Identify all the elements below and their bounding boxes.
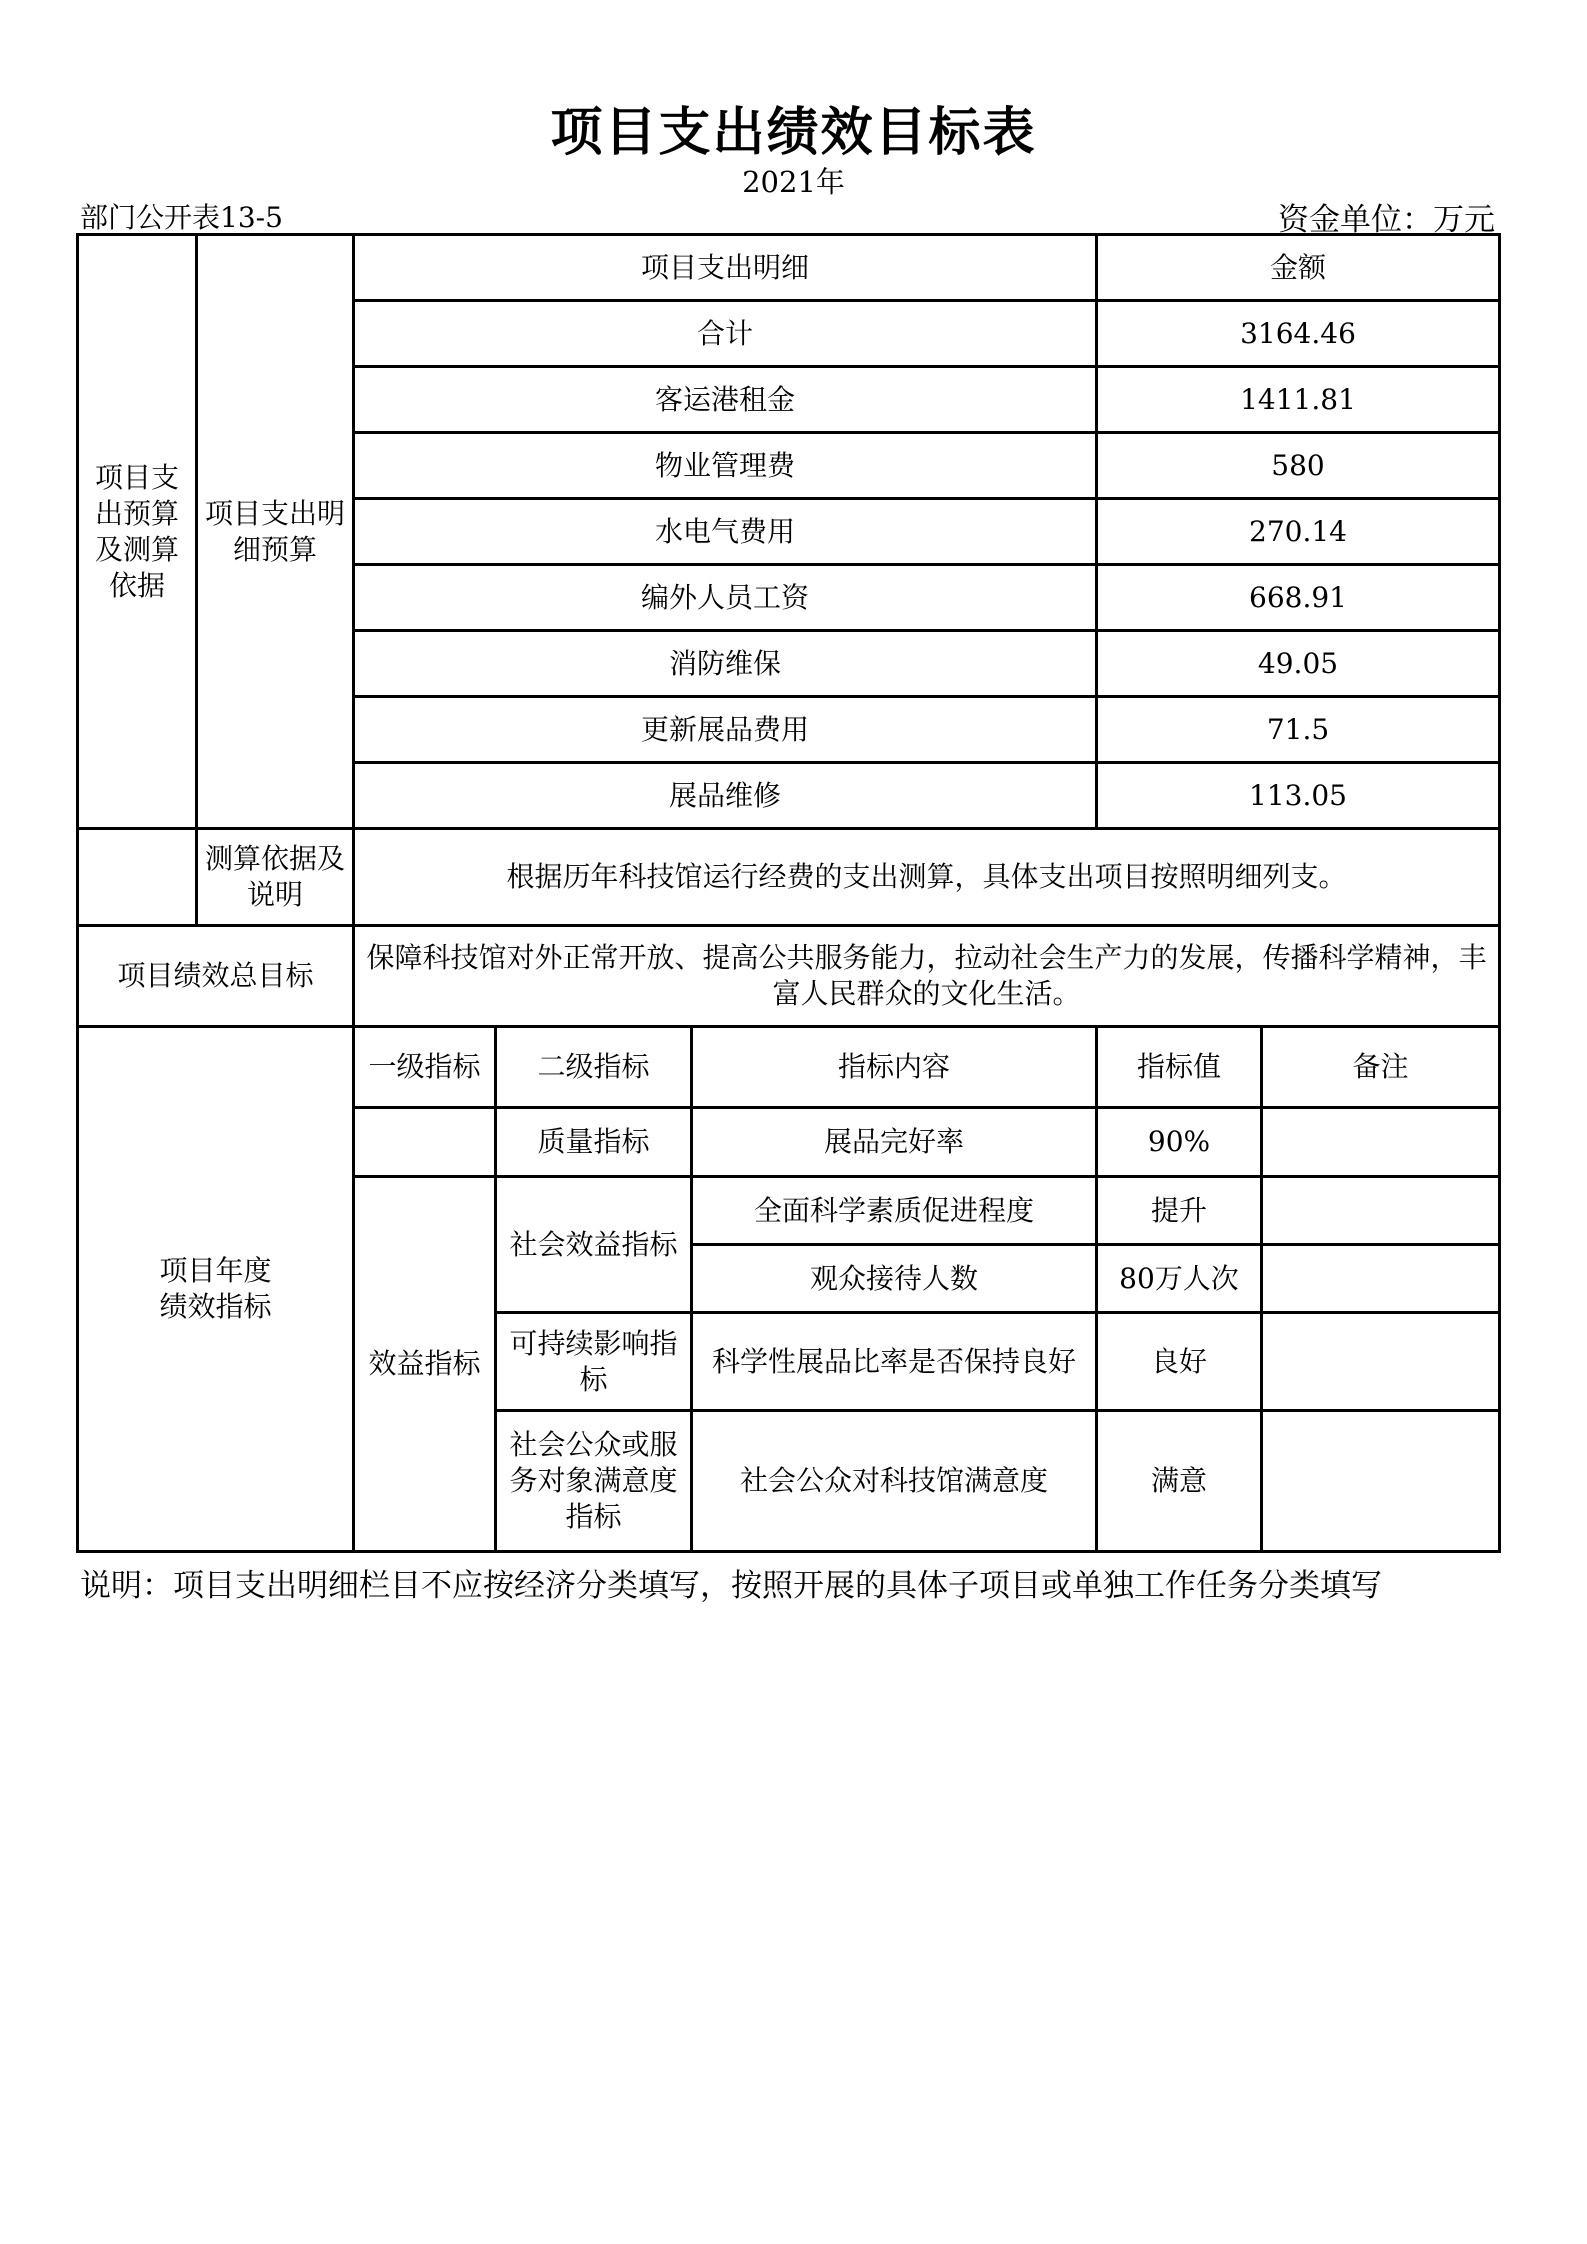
footnote: 说明：项目支出明细栏目不应按经济分类填写，按照开展的具体子项目或单独工作任务分类… [80,1560,1382,1605]
overall-goal-label: 项目绩效总目标 [78,926,354,1027]
quality-content: 展品完好率 [692,1108,1097,1177]
header-level2: 二级指标 [496,1027,692,1108]
item-name: 更新展品费用 [354,697,1097,763]
social-value: 提升 [1097,1177,1262,1245]
item-amount: 71.5 [1097,697,1500,763]
quality-level2: 质量指标 [496,1108,692,1177]
sustain-content: 科学性展品比率是否保持良好 [692,1313,1097,1411]
quality-level1 [354,1108,496,1177]
item-name: 展品维修 [354,763,1097,829]
header-level1: 一级指标 [354,1027,496,1108]
item-amount: 668.91 [1097,565,1500,631]
page-title: 项目支出绩效目标表 [0,90,1587,165]
total-label: 合计 [354,301,1097,367]
item-name: 编外人员工资 [354,565,1097,631]
item-name: 水电气费用 [354,499,1097,565]
total-amount: 3164.46 [1097,301,1500,367]
item-name: 消防维保 [354,631,1097,697]
form-number: 部门公开表13-5 [80,196,283,236]
sustain-remark [1262,1313,1500,1411]
sustain-value: 良好 [1097,1313,1262,1411]
social-level2: 社会效益指标 [496,1177,692,1313]
benefit-level1: 效益指标 [354,1177,496,1552]
item-amount: 1411.81 [1097,367,1500,433]
basis-label: 测算依据及 说明 [197,829,354,926]
item-amount: 49.05 [1097,631,1500,697]
social-content: 观众接待人数 [692,1245,1097,1313]
detail-budget-label: 项目支出明 细预算 [197,235,354,829]
header-remark: 备注 [1262,1027,1500,1108]
social-value: 80万人次 [1097,1245,1262,1313]
item-name: 物业管理费 [354,433,1097,499]
satisfaction-remark [1262,1411,1500,1552]
budget-basis-label: 项目支 出预算 及测算 依据 [78,235,197,829]
header-item: 项目支出明细 [354,235,1097,301]
sustain-level2: 可持续影响指 标 [496,1313,692,1411]
social-remark [1262,1245,1500,1313]
satisfaction-level2: 社会公众或服 务对象满意度 指标 [496,1411,692,1552]
social-content: 全面科学素质促进程度 [692,1177,1097,1245]
satisfaction-value: 满意 [1097,1411,1262,1552]
basis-text: 根据历年科技馆运行经费的支出测算，具体支出项目按照明细列支。 [354,829,1500,926]
performance-goal-table: 项目支 出预算 及测算 依据 项目支出明 细预算 项目支出明细 金额 合计 31… [76,233,1501,1553]
quality-remark [1262,1108,1500,1177]
item-amount: 113.05 [1097,763,1500,829]
header-amount: 金额 [1097,235,1500,301]
overall-goal-text: 保障科技馆对外正常开放、提高公共服务能力，拉动社会生产力的发展，传播科学精神，丰… [354,926,1500,1027]
header-content: 指标内容 [692,1027,1097,1108]
header-value: 指标值 [1097,1027,1262,1108]
satisfaction-content: 社会公众对科技馆满意度 [692,1411,1097,1552]
social-remark [1262,1177,1500,1245]
annual-indicators-label: 项目年度 绩效指标 [78,1027,354,1552]
item-name: 客运港租金 [354,367,1097,433]
item-amount: 270.14 [1097,499,1500,565]
item-amount: 580 [1097,433,1500,499]
quality-value: 90% [1097,1108,1262,1177]
